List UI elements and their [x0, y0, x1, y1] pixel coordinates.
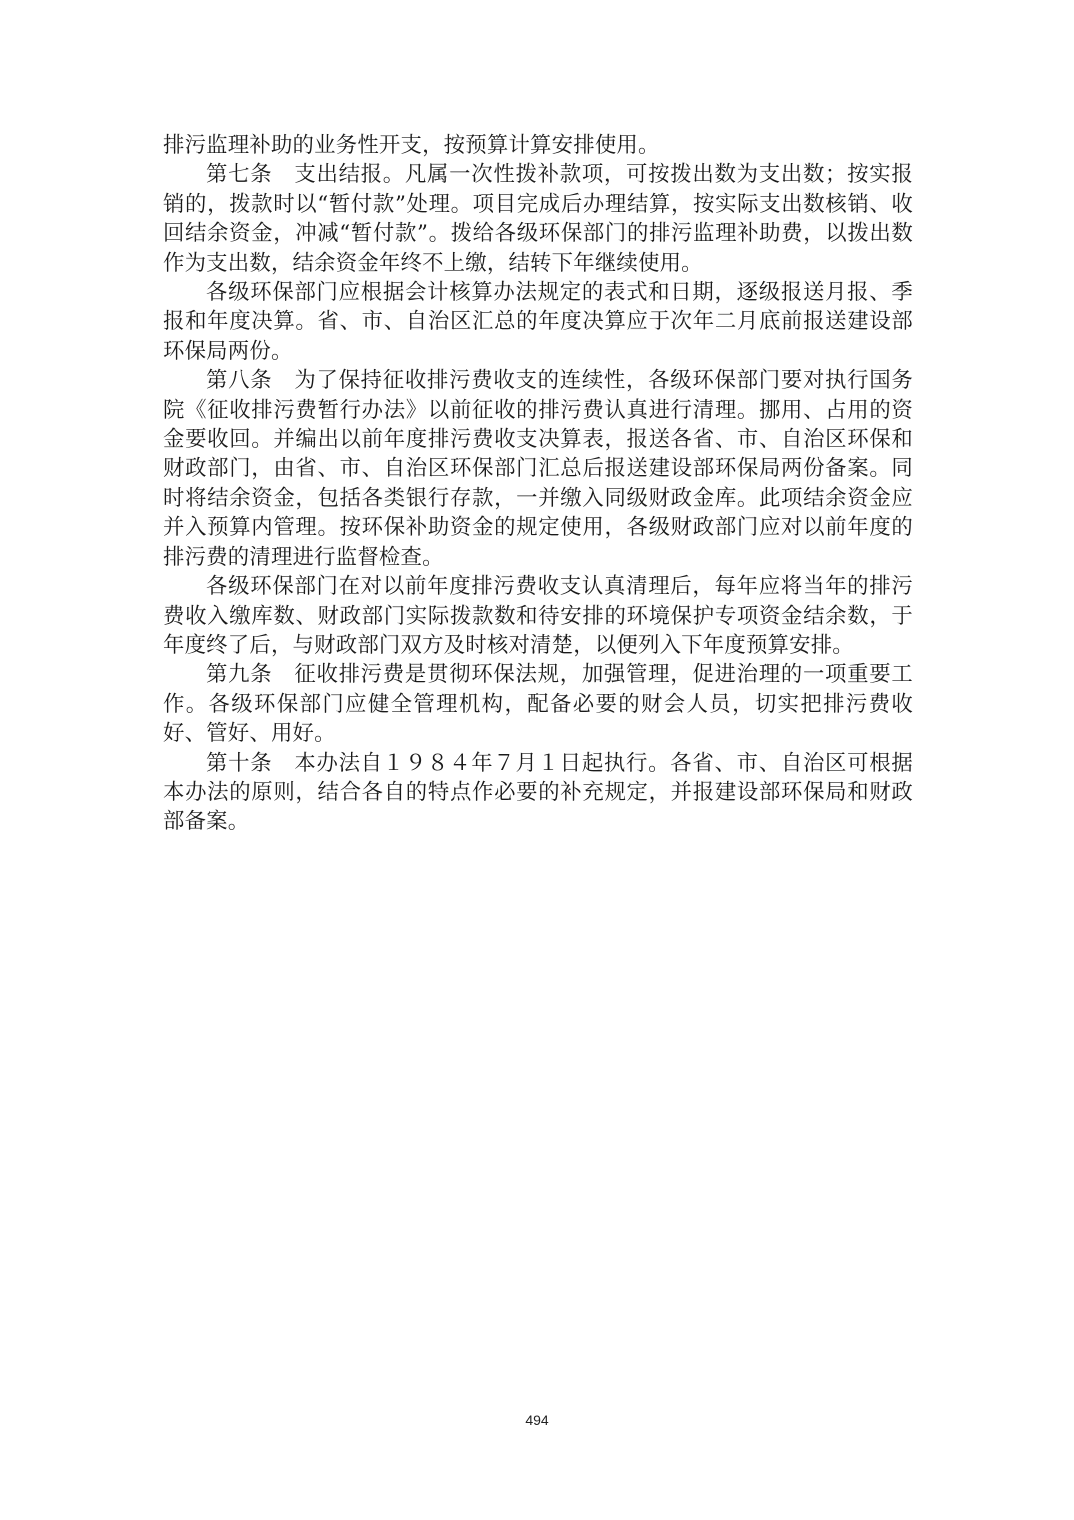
- article-number: 第八条: [206, 368, 272, 393]
- paragraph-text: 各级环保部门应根据会计核算办法规定的表式和日期，逐级报送月报、季报和年度决算。省…: [163, 280, 913, 364]
- paragraph-article-7: 第七条支出结报。凡属一次性拨补款项，可按拨出数为支出数；按实报销的，拨款时以“暂…: [163, 160, 913, 278]
- paragraph-reconciliation: 各级环保部门在对以前年度排污费收支认真清理后，每年应将当年的排污费收入缴库数、财…: [163, 572, 913, 660]
- paragraph-text: 各级环保部门在对以前年度排污费收支认真清理后，每年应将当年的排污费收入缴库数、财…: [163, 574, 913, 658]
- paragraph-article-10: 第十条本办法自１９８４年７月１日起执行。各省、市、自治区可根据本办法的原则，结合…: [163, 749, 913, 837]
- paragraph-text: 排污监理补助的业务性开支，按预算计算安排使用。: [163, 133, 660, 158]
- body-text: 排污监理补助的业务性开支，按预算计算安排使用。 第七条支出结报。凡属一次性拨补款…: [163, 131, 913, 837]
- page-number: 494: [0, 1412, 1074, 1428]
- paragraph-text: 征收排污费是贯彻环保法规，加强管理，促进治理的一项重要工作。各级环保部门应健全管…: [163, 662, 913, 746]
- article-number: 第七条: [206, 162, 272, 187]
- paragraph-text: 本办法自１９８４年７月１日起执行。各省、市、自治区可根据本办法的原则，结合各自的…: [163, 751, 913, 835]
- paragraph-reporting: 各级环保部门应根据会计核算办法规定的表式和日期，逐级报送月报、季报和年度决算。省…: [163, 278, 913, 366]
- paragraph-article-8: 第八条为了保持征收排污费收支的连续性，各级环保部门要对执行国务院《征收排污费暂行…: [163, 366, 913, 572]
- paragraph-text: 为了保持征收排污费收支的连续性，各级环保部门要对执行国务院《征收排污费暂行办法》…: [163, 368, 913, 569]
- paragraph-continuation: 排污监理补助的业务性开支，按预算计算安排使用。: [163, 131, 913, 160]
- paragraph-article-9: 第九条征收排污费是贯彻环保法规，加强管理，促进治理的一项重要工作。各级环保部门应…: [163, 660, 913, 748]
- article-number: 第九条: [206, 662, 272, 687]
- article-number: 第十条: [206, 751, 272, 776]
- document-page: 排污监理补助的业务性开支，按预算计算安排使用。 第七条支出结报。凡属一次性拨补款…: [0, 0, 1074, 1520]
- paragraph-text: 支出结报。凡属一次性拨补款项，可按拨出数为支出数；按实报销的，拨款时以“暂付款”…: [163, 162, 913, 275]
